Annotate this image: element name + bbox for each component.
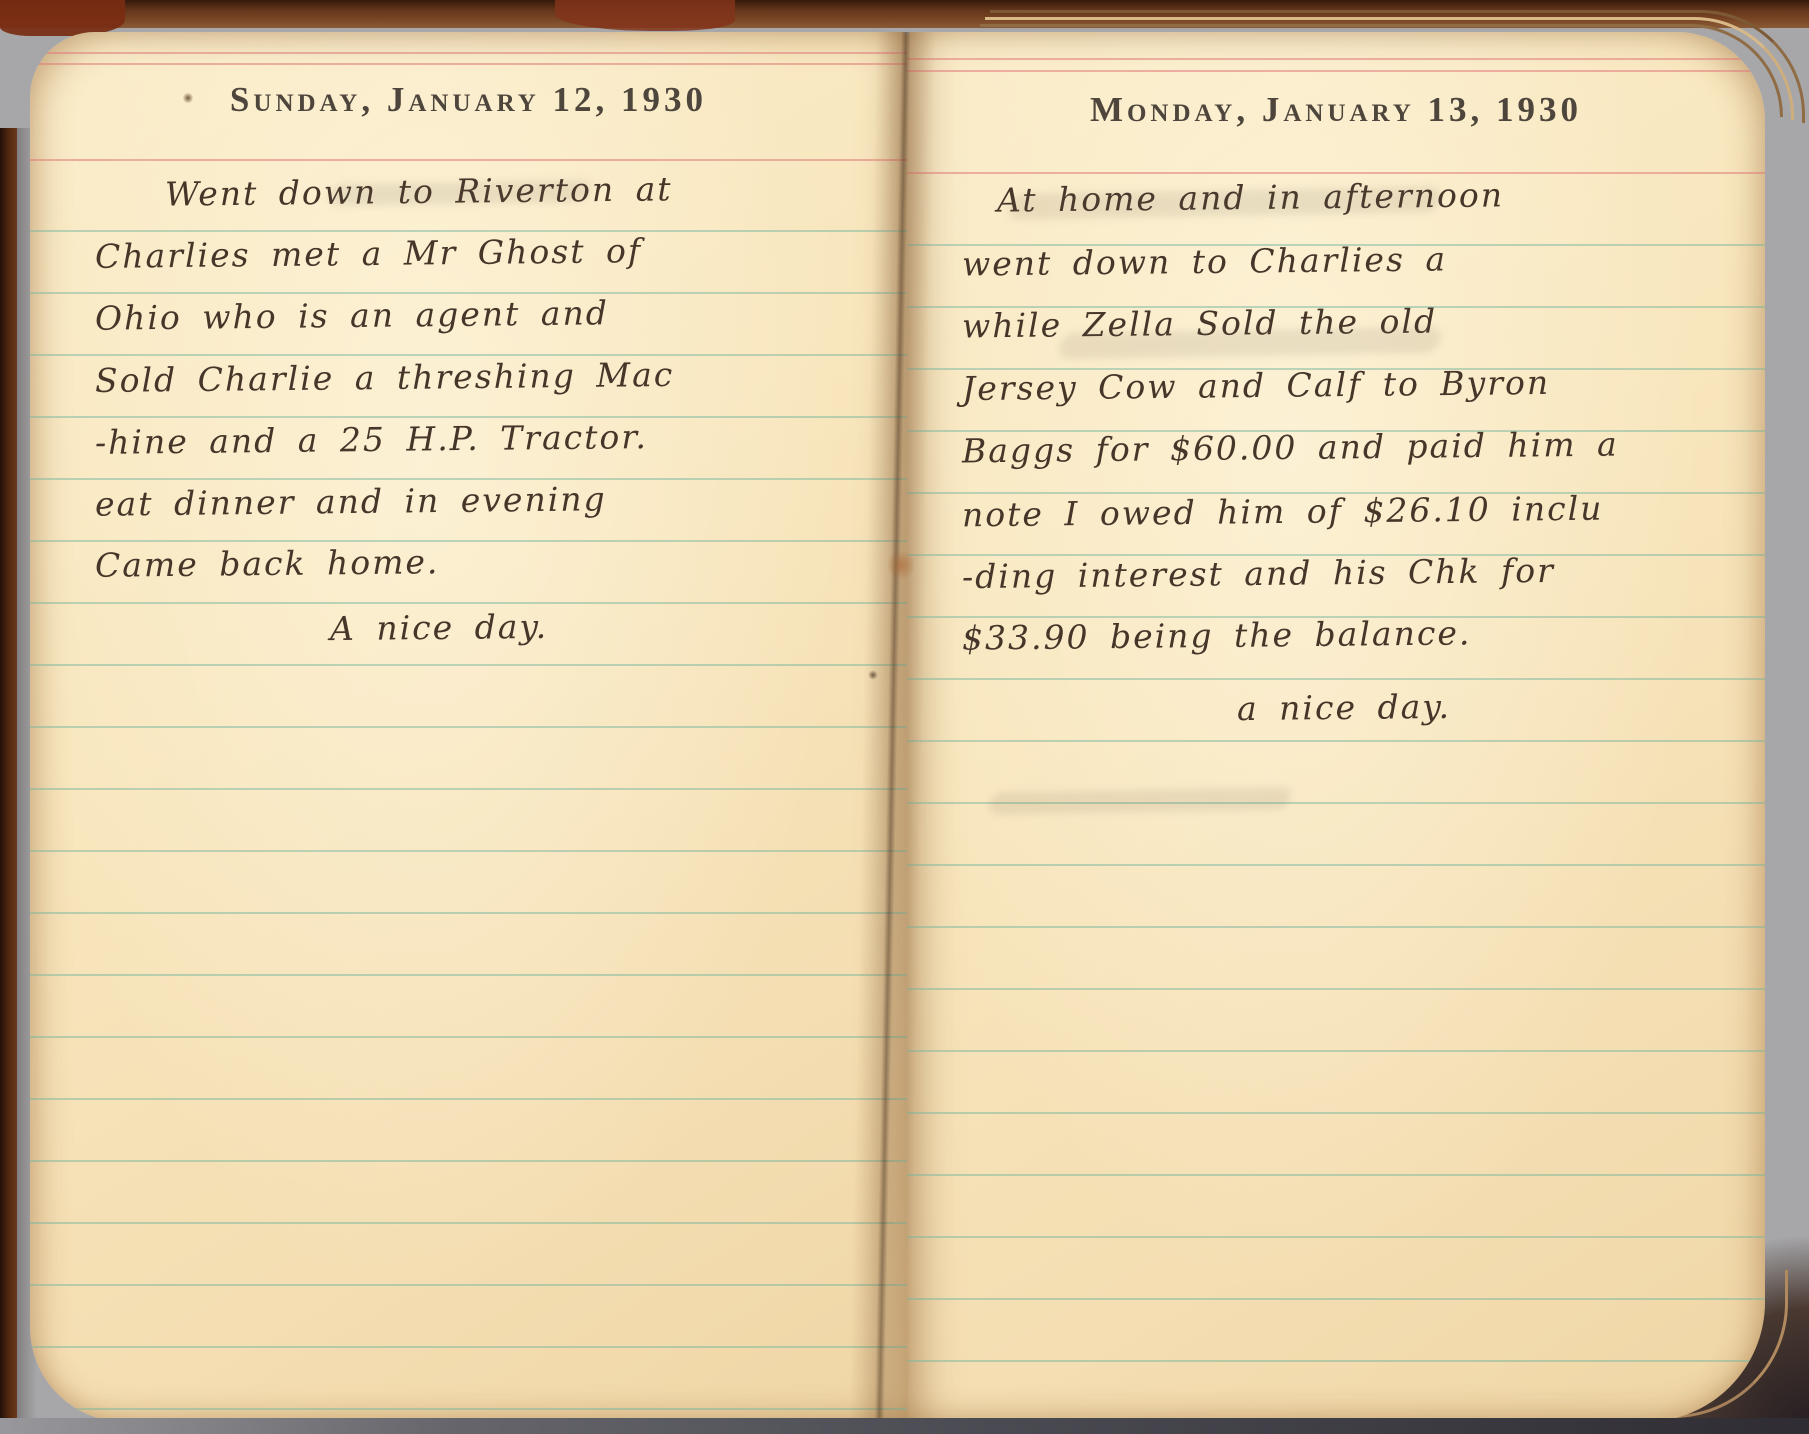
handwriting-closing-line: A nice day. — [330, 607, 549, 648]
book-cover-left-edge — [0, 128, 17, 1434]
handwriting-line: note I owed him of $26.10 inclu — [962, 489, 1604, 535]
handwriting-line: Charlies met a Mr Ghost of — [95, 231, 642, 276]
cover-leather-patch — [0, 0, 125, 36]
pink-rule — [907, 58, 1765, 60]
pink-rule — [30, 52, 907, 54]
rust-stain — [888, 548, 914, 582]
bleedthrough-smudge — [327, 180, 592, 207]
ink-spot — [868, 670, 878, 680]
right-page-date-header: Monday, January 13, 1930 — [907, 90, 1765, 130]
handwriting-line: Jersey Cow and Calf to Byron — [962, 363, 1551, 408]
handwriting-line: Baggs for $60.00 and paid him a — [962, 425, 1619, 471]
right-page: Monday, January 13, 1930 At home and in … — [907, 32, 1765, 1422]
left-page: Sunday, January 12, 1930 Went down to Ri… — [30, 32, 907, 1422]
handwriting-closing-line: a nice day. — [1237, 687, 1451, 728]
pink-rule — [907, 172, 1765, 174]
ruled-lines — [907, 244, 1765, 1417]
handwriting-line: Sold Charlie a threshing Mac — [95, 355, 675, 400]
ink-spot — [183, 92, 193, 104]
handwriting-line: $33.90 being the balance. — [962, 613, 1472, 657]
pink-rule — [907, 70, 1765, 72]
pink-rule — [30, 159, 907, 161]
handwriting-line: Ohio who is an agent and — [95, 293, 609, 337]
handwriting-line: -hine and a 25 H.P. Tractor. — [95, 417, 648, 462]
handwriting-line: went down to Charlies a — [962, 239, 1447, 283]
left-page-date-header: Sunday, January 12, 1930 — [30, 80, 907, 120]
pink-rule — [30, 63, 907, 65]
handwriting-line: -ding interest and his Chk for — [962, 551, 1555, 596]
ruled-lines — [30, 230, 907, 1417]
handwriting-line: eat dinner and in evening — [95, 479, 607, 523]
scanner-bed-bottom — [0, 1418, 1809, 1434]
diary-scan: Sunday, January 12, 1930 Went down to Ri… — [0, 0, 1809, 1434]
handwriting-line: Came back home. — [95, 542, 440, 585]
